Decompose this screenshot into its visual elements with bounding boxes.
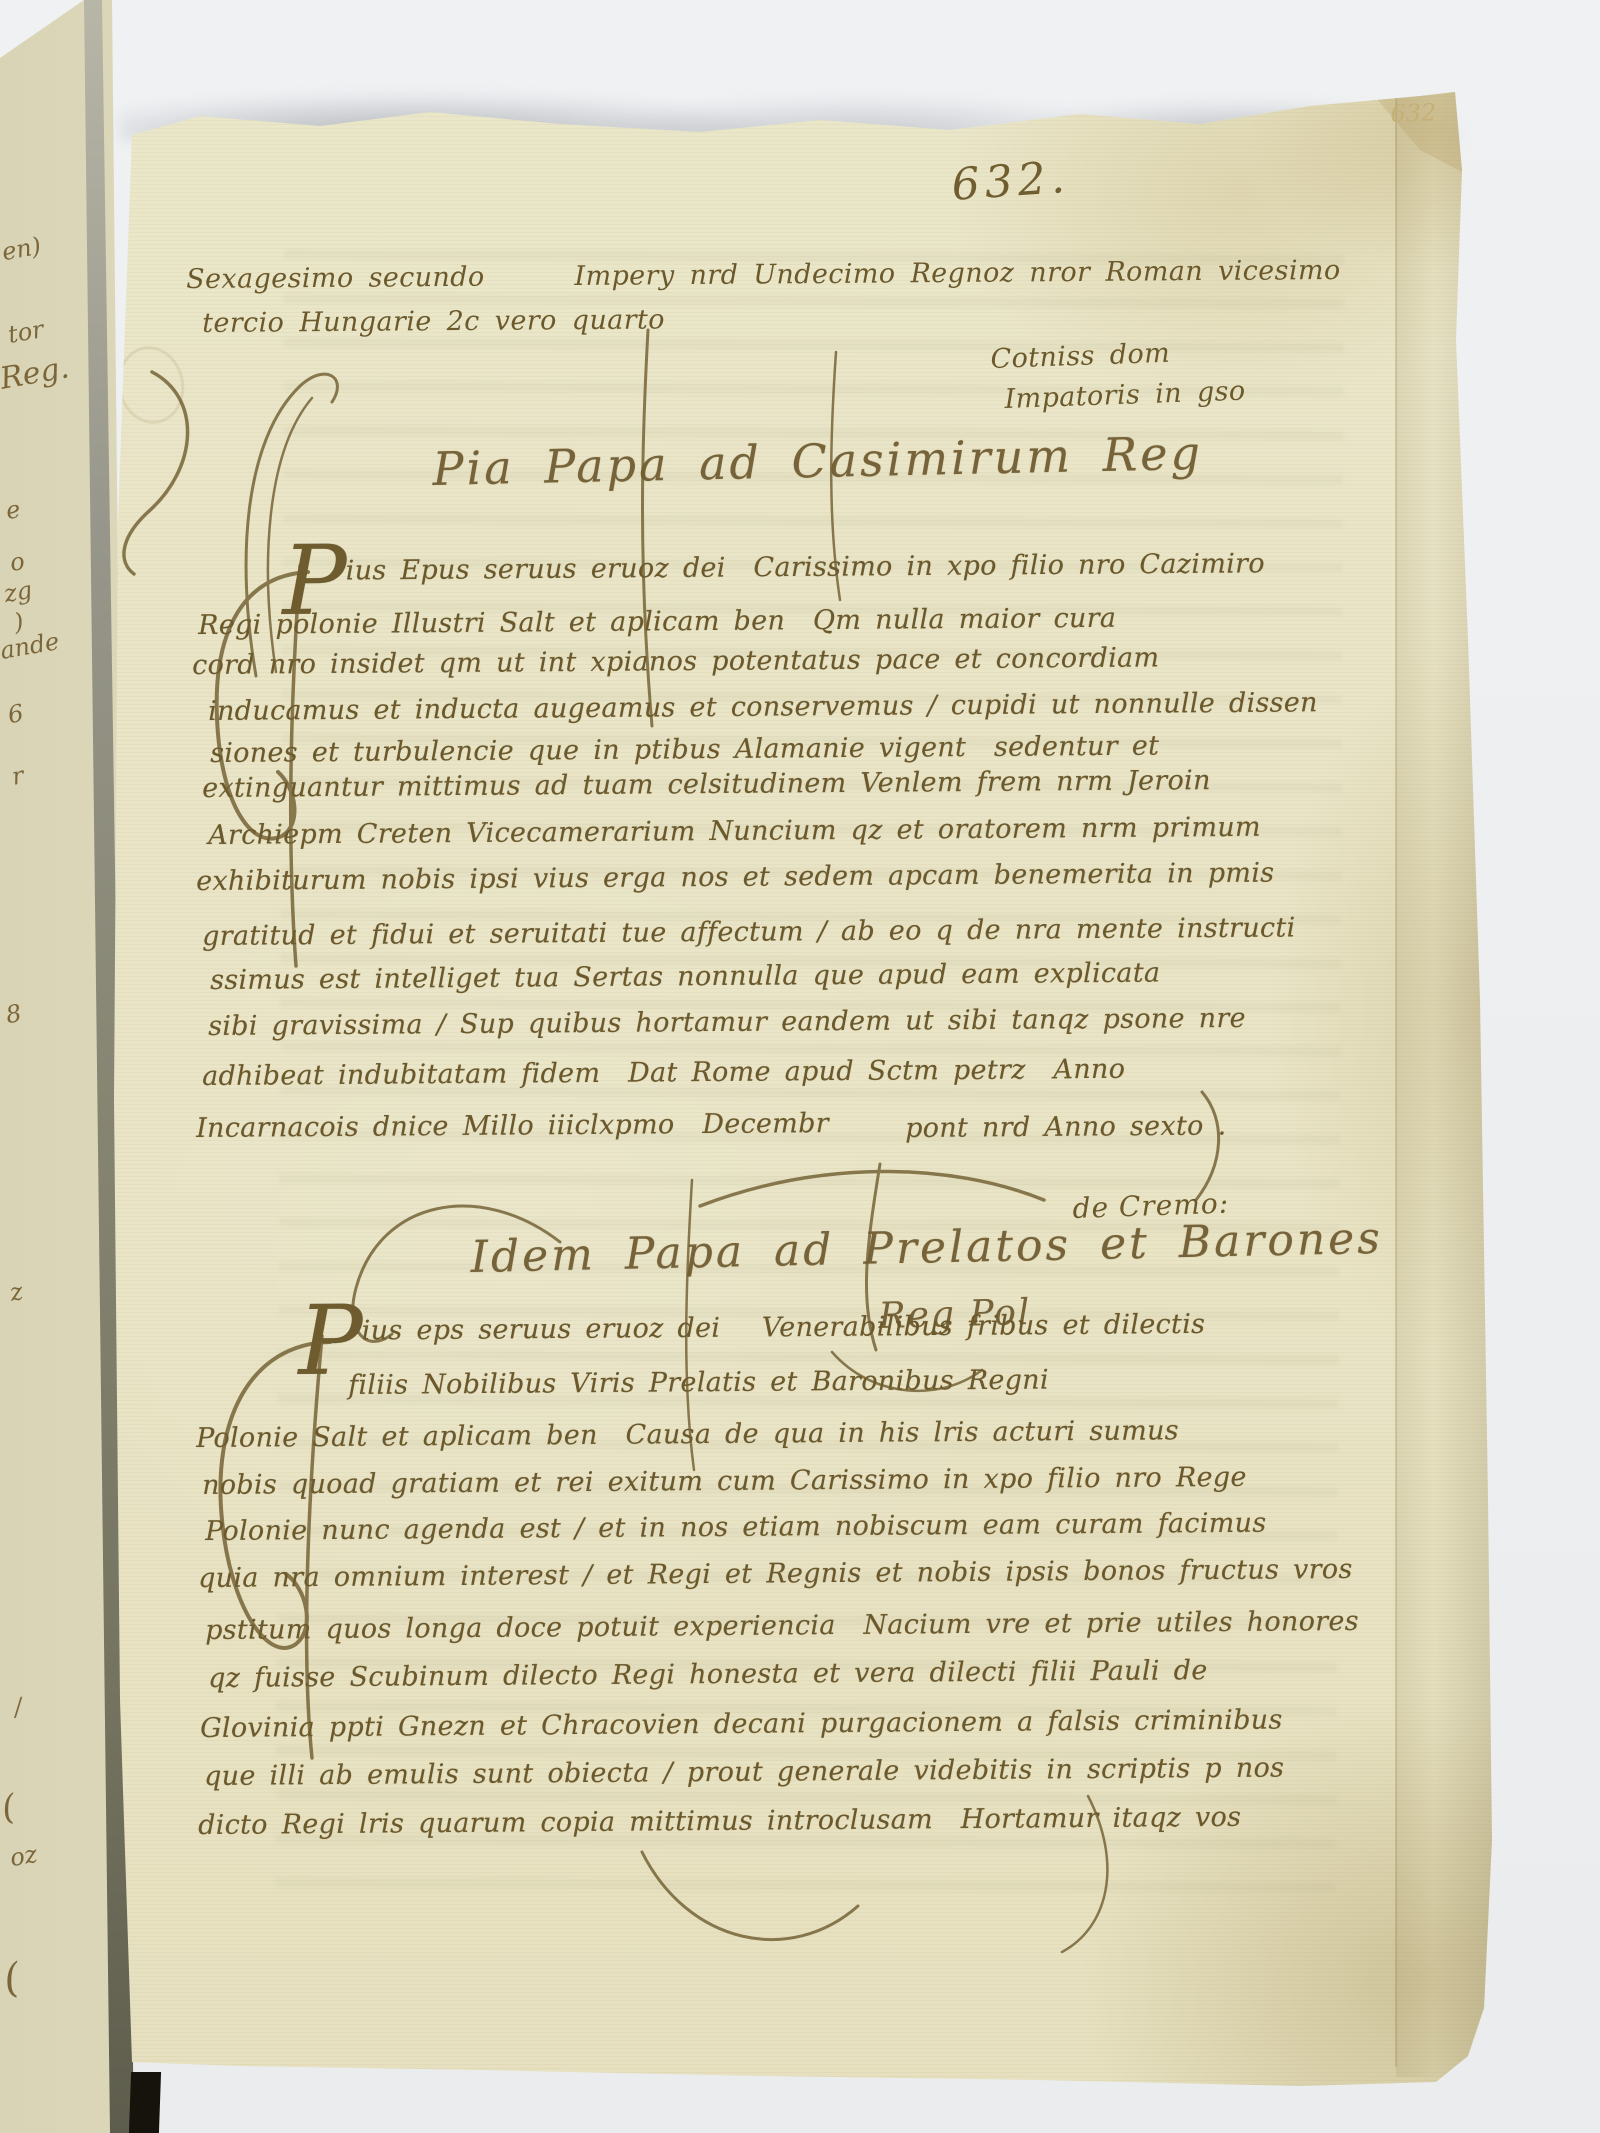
letter1-line: Incarnacois dnice Millo iiiclxpmo Decemb… bbox=[196, 1108, 829, 1144]
margin-fragment: tor bbox=[6, 315, 46, 349]
page-number: 632. bbox=[950, 152, 1071, 211]
margin-fragment: ( bbox=[0, 1955, 23, 2003]
manuscript-photo: en) tor Reg. e o zg ) ande 6 r 8 z / ( o… bbox=[0, 0, 1600, 2133]
margin-fragment: oz bbox=[8, 1840, 40, 1872]
margin-fragment: 8 bbox=[4, 999, 24, 1029]
margin-fragment: Reg. bbox=[0, 350, 72, 396]
dateline-right-1: Cotniss dom bbox=[990, 338, 1171, 375]
letter1-closing: pont nrd Anno sexto . bbox=[905, 1110, 1227, 1144]
margin-fragment: o bbox=[8, 547, 27, 577]
margin-fragment: ( bbox=[0, 1787, 19, 1829]
manuscript-page: 632 632. Sexagesimo secundo Impery nrd U… bbox=[0, 0, 1600, 2133]
binding-foot-tab bbox=[129, 2072, 161, 2133]
margin-fragment: / bbox=[12, 1693, 25, 1722]
margin-fragment: e bbox=[4, 495, 23, 525]
dateline-line-2: tercio Hungarie 2c vero quarto bbox=[202, 304, 665, 339]
fold-zone bbox=[1396, 92, 1492, 2077]
margin-fragment: ande bbox=[0, 627, 61, 665]
letter2-line: filiis Nobilibus Viris Prelatis et Baron… bbox=[348, 1364, 1049, 1401]
margin-fragment: z bbox=[8, 1277, 25, 1307]
margin-fragment: zg bbox=[2, 576, 34, 608]
corner-page-number: 632 bbox=[1390, 98, 1437, 128]
margin-fragment: 6 bbox=[6, 699, 26, 729]
margin-fragment: en) bbox=[0, 232, 43, 266]
fold-crease bbox=[1395, 92, 1397, 2067]
margin-fragment: r bbox=[10, 761, 26, 791]
